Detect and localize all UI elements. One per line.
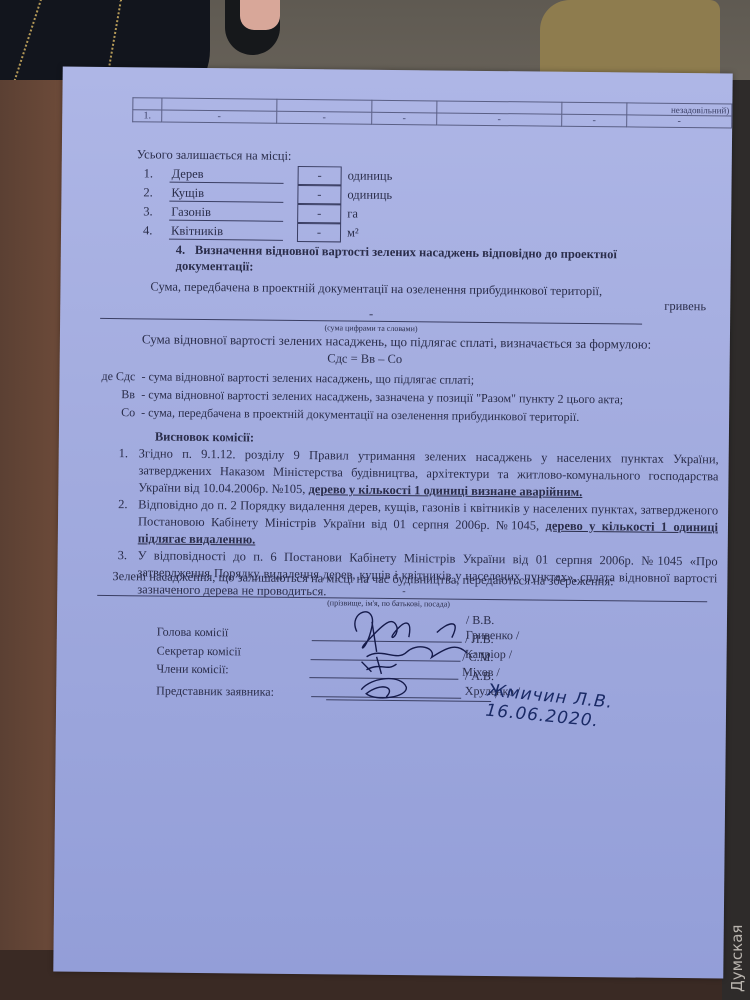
watermark-logo: Думская [722,920,750,1000]
list-item: 1. Згідно п. 9.1.12. розділу 9 Правил ут… [118,445,719,502]
list-item: 1. Дерев - одиниць [144,164,393,186]
table-header-note: незадовільний) [627,103,732,116]
signature-scribbles [336,601,497,713]
background-toes [240,0,280,30]
formula-legend: де Сдс - сума відновної вартості зелених… [101,367,623,426]
trees-table: незадовільний) 1. - - - - - - [132,97,732,128]
list-item: 4. Квітників - м² [143,221,392,243]
list-item: 3. Газонів - га [143,202,392,224]
value-box: - [297,223,341,242]
sum-text: Сума, передбачена в проектній документац… [150,279,602,299]
section-4-title: Визначення відновної вартості зелених на… [176,243,617,274]
list-item: 2. Кущів - одиниць [143,183,392,205]
conclusion-title: Висновок комісії: [155,430,254,446]
transfer-value: - [402,586,405,597]
value-box: - [297,185,341,204]
remaining-list: 1. Дерев - одиниць 2. Кущів - одиниць 3.… [143,164,393,243]
value-box: - [298,166,342,185]
handwritten-note: Жмичин Л.В. 16.06.2020. [485,681,728,744]
remaining-title: Усього залишається на місці: [137,147,292,164]
section-4-heading: 4. Визначення відновної вартості зелених… [176,242,646,279]
emphasis: дерево у кількості 1 одиниці визнане ава… [308,482,582,499]
list-item: 2. Відповідно до п. 2 Порядку видалення … [118,496,719,553]
value-box: - [297,204,341,223]
sum-unit: гривень [664,299,706,314]
document-page: незадовільний) 1. - - - - - - Усього зал… [53,67,732,979]
